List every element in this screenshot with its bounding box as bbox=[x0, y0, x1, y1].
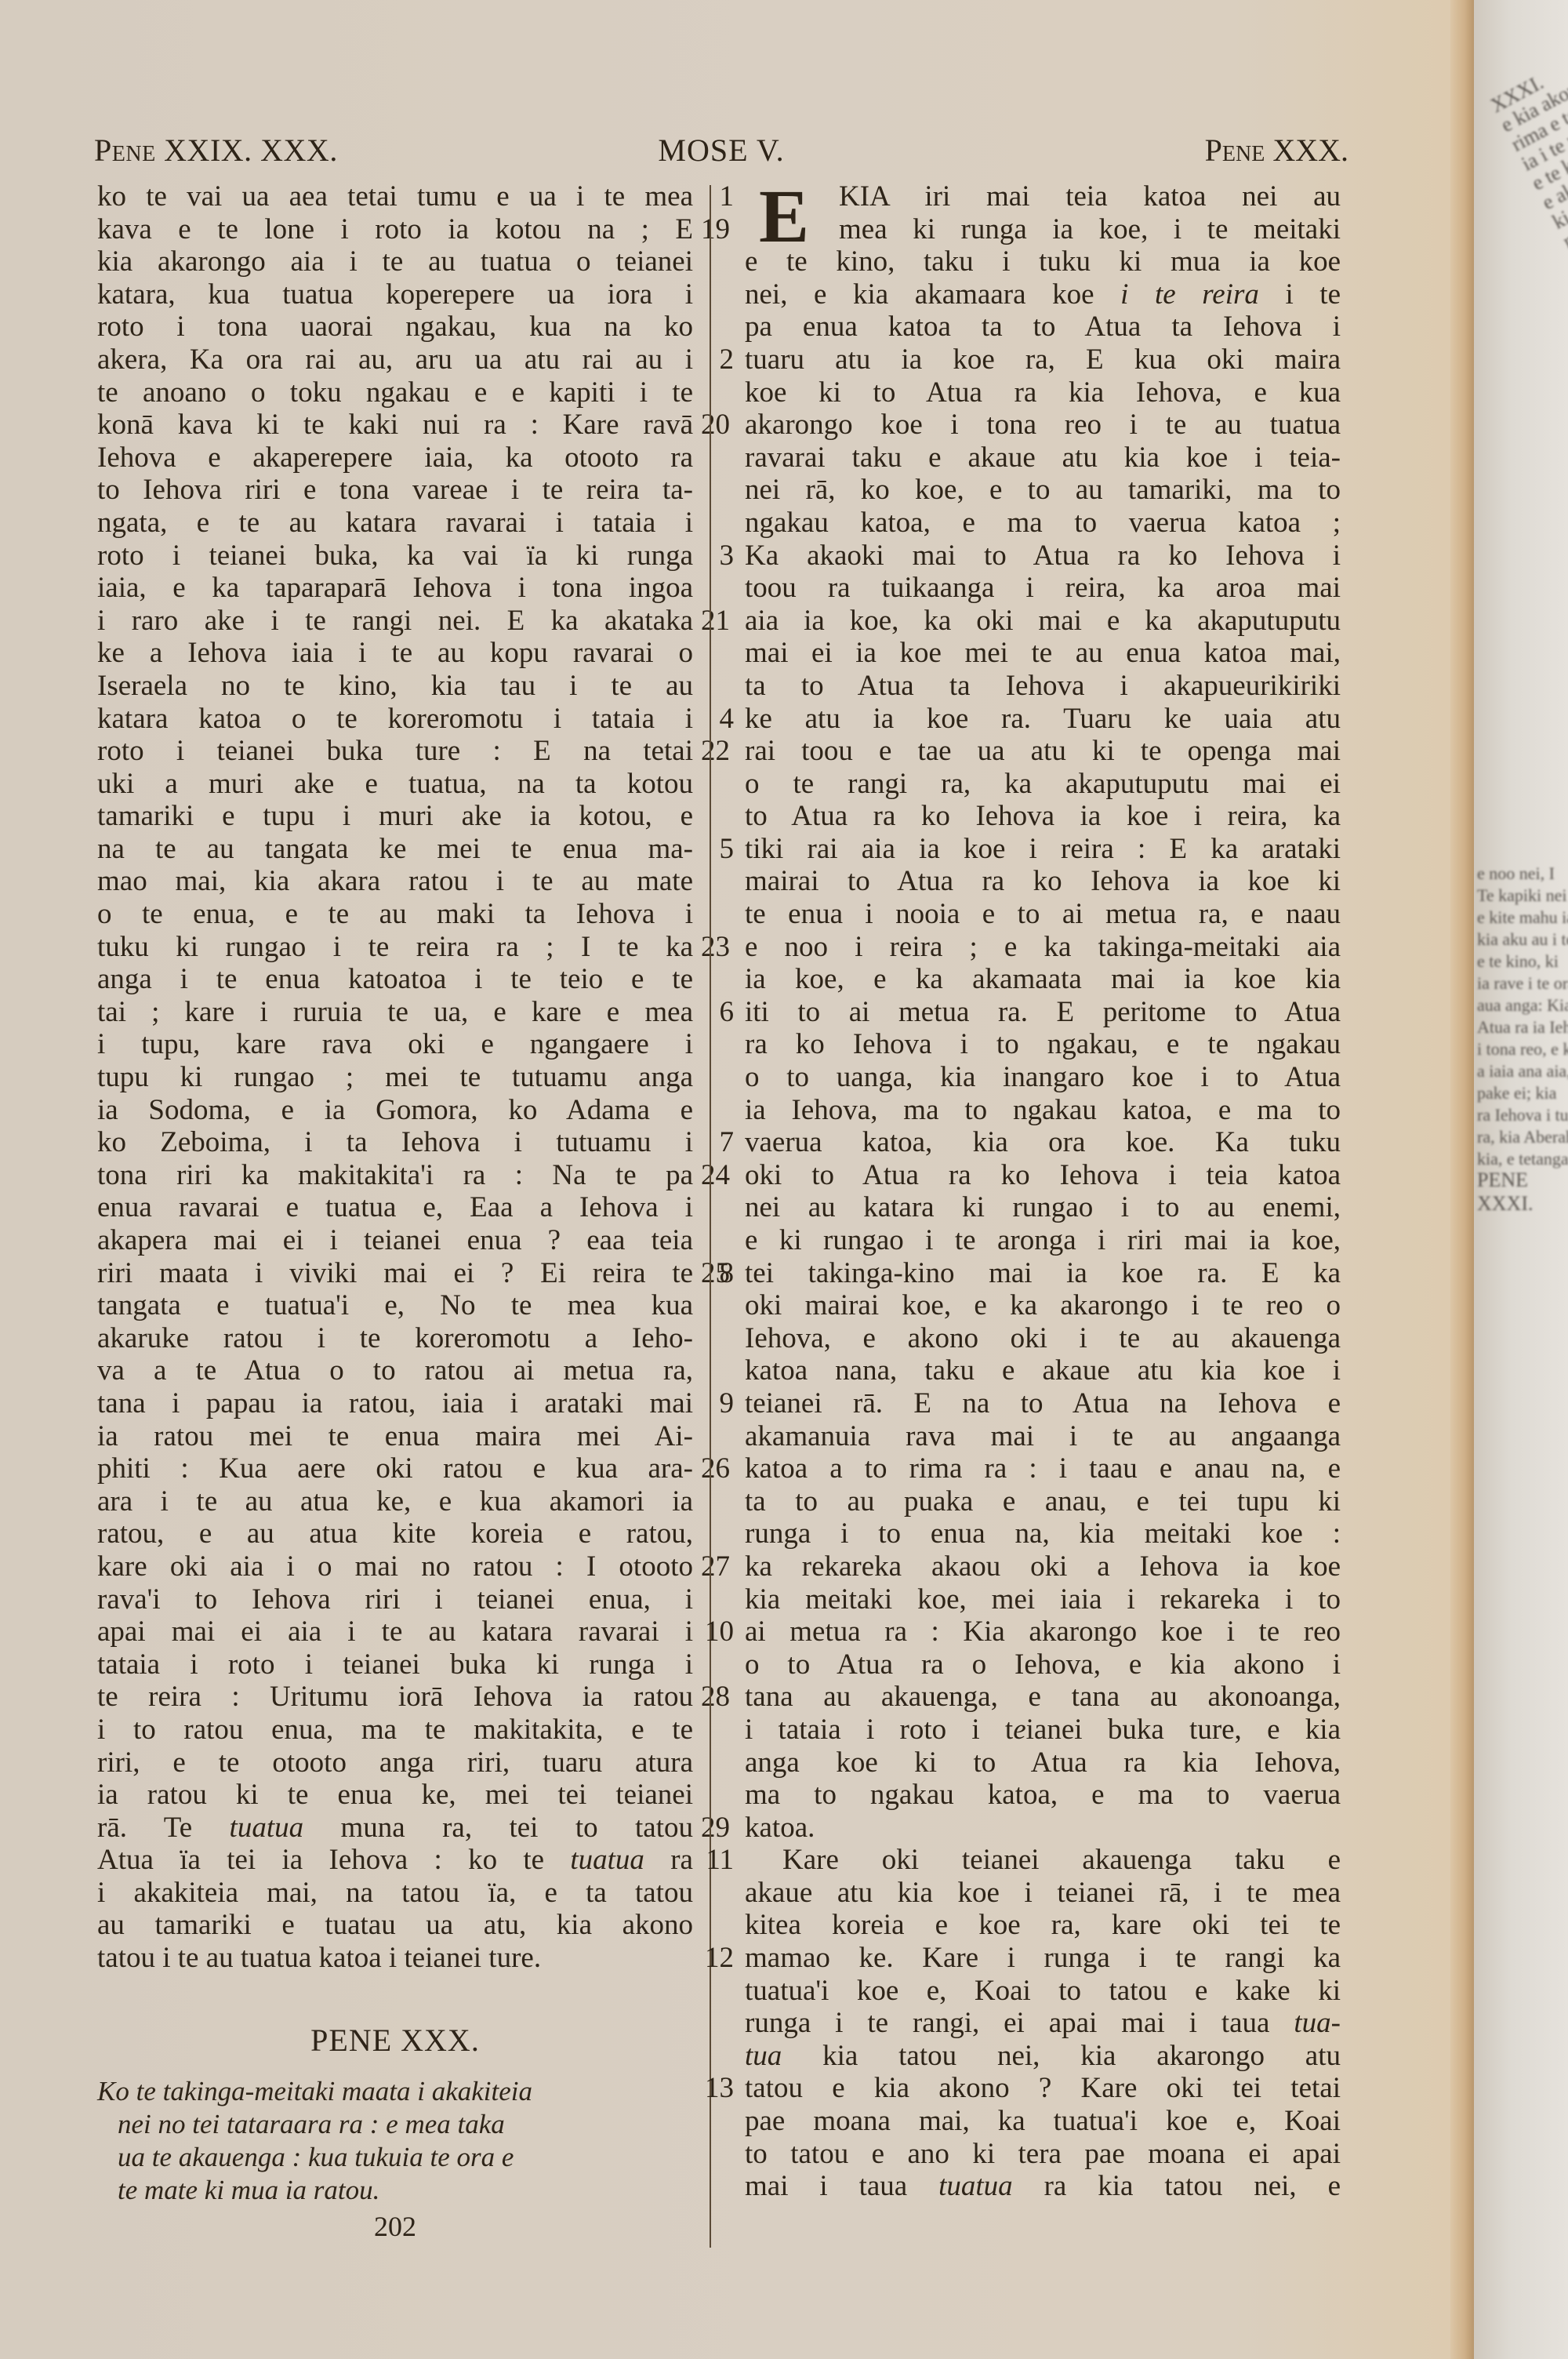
line-text: e noo i reira ; e ka takinga-meitaki aia bbox=[745, 931, 1341, 963]
text-line: tana au akauenga, e tana au akonoanga, bbox=[745, 1681, 1341, 1714]
text-line: runga i te rangi, ei apai mai i taua tua… bbox=[745, 2007, 1341, 2040]
line-text: ke a Iehova iaia i te au kopu ravarai o bbox=[97, 637, 693, 669]
line-text: akera, Ka ora rai au, aru ua atu rai au … bbox=[97, 343, 693, 376]
text-line: riri maata i viviki mai ei ? Ei reira te… bbox=[97, 1257, 693, 1290]
verse-number: 7 bbox=[690, 1126, 734, 1159]
text-line: KIA iri mai teia katoa nei au1 bbox=[745, 180, 1341, 213]
line-text: ia ratou ki te enua ke, mei tei teianei bbox=[97, 1779, 693, 1811]
text-line: Iehova e akaperepere iaia, ka otooto ra bbox=[97, 442, 693, 474]
line-text: tangata e tuatua'i e, No te mea kua bbox=[97, 1289, 693, 1321]
line-text: anga i te enua katoatoa i te teio e te bbox=[97, 963, 693, 995]
line-text: nei au katara ki rungao i to au enemi, bbox=[745, 1191, 1341, 1223]
text-line: teianei rā. E na to Atua na Iehova e9 bbox=[745, 1387, 1341, 1420]
line-text: va a te Atua o to ratou ai metua ra, bbox=[97, 1354, 693, 1387]
column-divider bbox=[710, 185, 711, 2248]
text-line: Atua ïa tei ia Iehova : ko te tuatua ra bbox=[97, 1844, 693, 1877]
line-text: ratou, e au atua kite koreia e ratou, bbox=[97, 1518, 693, 1550]
line-text: mea ki runga ia koe, i te meitaki bbox=[839, 213, 1341, 245]
line-text: apai mai ei aia i te au katara ravarai i bbox=[97, 1616, 693, 1648]
text-line: ke a Iehova iaia i te au kopu ravarai o bbox=[97, 637, 693, 670]
text-line: tataia i roto i teianei buka ki runga i bbox=[97, 1648, 693, 1681]
line-text: akapera mai ei i teianei enua ? eaa teia bbox=[97, 1224, 693, 1256]
left-text-column: ko te vai ua aea tetai tumu e ua i te me… bbox=[97, 180, 693, 1975]
line-text: katoa a to rima ra : i taau e anau na, e bbox=[745, 1452, 1341, 1485]
verse-number: 20 bbox=[701, 409, 748, 442]
verse-number: 10 bbox=[690, 1616, 734, 1648]
text-line: iti to ai metua ra. E peritome to Atua6 bbox=[745, 996, 1341, 1029]
verse-number: 19 bbox=[701, 213, 748, 246]
text-line: akaruke ratou i te koreromotu a Ieho- bbox=[97, 1322, 693, 1355]
line-text: pae moana mai, ka tuatua'i koe e, Koai bbox=[745, 2105, 1341, 2137]
verse-number: 9 bbox=[690, 1387, 734, 1420]
line-text: ka rekareka akaou oki a Iehova ia koe bbox=[745, 1550, 1341, 1583]
text-line: i tataia i roto i teianei buka ture, e k… bbox=[745, 1714, 1341, 1747]
line-text: katoa nana, taku e akaue atu kia koe i bbox=[745, 1354, 1341, 1387]
line-text: ia koe, e ka akamaata mai ia koe kia bbox=[745, 963, 1341, 995]
line-text: o to Atua ra o Iehova, e kia akono i bbox=[745, 1648, 1341, 1681]
text-line: tiki rai aia ia koe i reira : E ka arata… bbox=[745, 833, 1341, 866]
text-line: o to Atua ra o Iehova, e kia akono i bbox=[745, 1648, 1341, 1681]
line-text: toou ra tuikaanga i reira, ka aroa mai bbox=[745, 572, 1341, 604]
text-line: mea ki runga ia koe, i te meitaki bbox=[745, 213, 1341, 246]
verse-number: 21 bbox=[701, 605, 748, 638]
text-line: rava'i to Iehova riri i teianei enua, i bbox=[97, 1583, 693, 1616]
text-line: tangata e tuatua'i e, No te mea kua bbox=[97, 1289, 693, 1322]
line-text: rava'i to Iehova riri i teianei enua, i bbox=[97, 1583, 693, 1616]
text-line: akapera mai ei i teianei enua ? eaa teia bbox=[97, 1224, 693, 1257]
line-text: rai toou e tae ua atu ki te openga mai bbox=[745, 735, 1341, 767]
text-line: mai ei ia koe mei te au enua katoa mai, bbox=[745, 637, 1341, 670]
line-text: ia Iehova, ma to ngakau katoa, e ma to bbox=[745, 1094, 1341, 1126]
text-line: ia koe, e ka akamaata mai ia koe kia bbox=[745, 963, 1341, 996]
line-text: ra ko Iehova i to ngakau, e te ngakau bbox=[745, 1028, 1341, 1060]
text-line: e te kino, taku i tuku ki mua ia koe bbox=[745, 245, 1341, 278]
line-text: koe ki to Atua ra kia Iehova, e kua bbox=[745, 376, 1341, 409]
text-line: anga koe ki to Atua ra kia Iehova, bbox=[745, 1747, 1341, 1779]
text-line: o to uanga, kia inangaro koe i to Atua bbox=[745, 1061, 1341, 1094]
line-text: i akakiteia mai, na tatou ïa, e ta tatou bbox=[97, 1877, 693, 1909]
text-line: akera, Ka ora rai au, aru ua atu rai au … bbox=[97, 343, 693, 376]
line-text: vaerua katoa, kia ora koe. Ka tuku bbox=[745, 1126, 1341, 1158]
text-line: tatou i te au tuatua katoa i teianei tur… bbox=[97, 1942, 693, 1975]
text-line: tua kia tatou nei, kia akarongo atu bbox=[745, 2040, 1341, 2073]
line-text: i to ratou enua, ma te makitakita, e te bbox=[97, 1714, 693, 1746]
verse-number: 13 bbox=[690, 2072, 734, 2105]
line-text: te enua i nooia e to ai metua ra, e naau bbox=[745, 898, 1341, 930]
text-line: mao mai, kia akara ratou i te au mate bbox=[97, 865, 693, 898]
line-text: o te rangi ra, ka akaputuputu mai ei bbox=[745, 768, 1341, 800]
italic-word: tua- bbox=[1294, 2007, 1341, 2039]
line-text: tei takinga-kino mai ia koe ra. E ka bbox=[745, 1257, 1341, 1289]
verse-number: 11 bbox=[690, 1844, 734, 1877]
text-line: iaia, e ka taparaparā Iehova i tona ingo… bbox=[97, 572, 693, 605]
line-text: akaue atu kia koe i teianei rā, i te mea bbox=[745, 1877, 1341, 1909]
line-text: kare oki aia i o mai no ratou : I otooto bbox=[97, 1550, 693, 1583]
text-line: mairai to Atua ra ko Iehova ia koe ki bbox=[745, 865, 1341, 898]
text-line: i akakiteia mai, na tatou ïa, e ta tatou bbox=[97, 1877, 693, 1910]
line-text: iti to ai metua ra. E peritome to Atua bbox=[745, 996, 1341, 1028]
line-text: nei, e kia akamaara koe i te reira i te bbox=[745, 278, 1341, 311]
line-text: roto i tona uaorai ngakau, kua na ko bbox=[97, 311, 693, 343]
line-text: tua kia tatou nei, kia akarongo atu bbox=[745, 2040, 1341, 2072]
page-number: 202 bbox=[97, 2210, 693, 2243]
text-line: tamariki e tupu i muri ake ia kotou, e bbox=[97, 800, 693, 833]
text-line: katara, kua tuatua koperepere ua iora i bbox=[97, 278, 693, 311]
line-text: runga i to enua na, kia meitaki koe : bbox=[745, 1518, 1341, 1550]
line-text: akamanuia rava mai i te au angaanga bbox=[745, 1420, 1341, 1452]
text-line: i tupu, kare rava oki e ngangaere i bbox=[97, 1028, 693, 1061]
verse-number: 27 bbox=[701, 1550, 748, 1583]
text-line: koe ki to Atua ra kia Iehova, e kua bbox=[745, 376, 1341, 409]
italic-word: tuatua bbox=[570, 1844, 644, 1876]
line-text: pa enua katoa ta to Atua ta Iehova i bbox=[745, 311, 1341, 343]
line-text: riri, e te otooto anga riri, tuaru atura bbox=[97, 1747, 693, 1779]
text-line: roto i teianei buka, ka vai ïa ki runga bbox=[97, 540, 693, 572]
line-text: rā. Te tuatua muna ra, tei to tatou bbox=[97, 1812, 693, 1844]
text-line: tuaru atu ia koe ra, E kua oki maira2 bbox=[745, 343, 1341, 376]
text-line: va a te Atua o to ratou ai metua ra, bbox=[97, 1354, 693, 1387]
text-line: phiti : Kua aere oki ratou e kua ara-26 bbox=[97, 1452, 693, 1485]
line-text: o te enua, e te au maki ta Iehova i bbox=[97, 898, 693, 930]
text-line: ra ko Iehova i to ngakau, e te ngakau bbox=[745, 1028, 1341, 1061]
summary-line: te mate ki mua ia ratou. bbox=[97, 2174, 646, 2207]
line-text: tona riri ka makitakita'i ra : Na te pa bbox=[97, 1159, 693, 1191]
text-line: rai toou e tae ua atu ki te openga mai bbox=[745, 735, 1341, 768]
text-line: Kare oki teianei akauenga taku e11 bbox=[745, 1844, 1341, 1877]
verse-number: 12 bbox=[690, 1942, 734, 1975]
line-text: to tatou e ano ki tera pae moana ei apai bbox=[745, 2138, 1341, 2170]
text-line: runga i to enua na, kia meitaki koe : bbox=[745, 1518, 1341, 1550]
book-gutter bbox=[1450, 0, 1474, 2359]
summary-line: Ko te takinga-meitaki maata i akakiteia bbox=[97, 2075, 646, 2108]
line-text: kitea koreia e koe ra, kare oki tei te bbox=[745, 1909, 1341, 1941]
adjacent-page-text-lower: e noo nei, ITe kapiki neie kite mahu iak… bbox=[1477, 863, 1568, 1170]
line-text: e te kino, taku i tuku ki mua ia koe bbox=[745, 245, 1341, 278]
line-text: e ki rungao i te aronga i riri mai ia ko… bbox=[745, 1224, 1341, 1256]
line-text: te anoano o toku ngakau e e kapiti i te bbox=[97, 376, 693, 409]
text-line: ngata, e te au katara ravarai i tataia i bbox=[97, 507, 693, 540]
text-line: katoa a to rima ra : i taau e anau na, e bbox=[745, 1452, 1341, 1485]
line-text: iaia, e ka taparaparā Iehova i tona ingo… bbox=[97, 572, 693, 604]
text-line: tai ; kare i ruruia te ua, e kare e mea bbox=[97, 996, 693, 1029]
text-line: oki to Atua ra ko Iehova i teia katoa bbox=[745, 1159, 1341, 1192]
verse-number: 5 bbox=[690, 833, 734, 866]
line-text: katara katoa o te koreromotu i tataia i bbox=[97, 703, 693, 735]
text-line: katara katoa o te koreromotu i tataia i bbox=[97, 703, 693, 736]
text-line: kitea koreia e koe ra, kare oki tei te bbox=[745, 1909, 1341, 1942]
text-line: tei takinga-kino mai ia koe ra. E ka8 bbox=[745, 1257, 1341, 1290]
line-text: ai metua ra : Kia akarongo koe i te reo bbox=[745, 1616, 1341, 1648]
line-text: Ka akaoki mai to Atua ra ko Iehova i bbox=[745, 540, 1341, 572]
line-text: to Atua ra ko Iehova ia koe i reira, ka bbox=[745, 800, 1341, 832]
line-text: oki to Atua ra ko Iehova i teia katoa bbox=[745, 1159, 1341, 1191]
summary-line: nei no tei tataraara ra : e mea taka bbox=[97, 2108, 646, 2141]
line-text: runga i te rangi, ei apai mai i taua tua… bbox=[745, 2007, 1341, 2039]
line-text: kava e te lone i roto ia kotou na ; E bbox=[97, 213, 693, 245]
text-line: nei rā, ko koe, e to au tamariki, ma to bbox=[745, 474, 1341, 507]
text-line: Iseraela no te kino, kia tau i te au bbox=[97, 670, 693, 703]
line-text: Iehova, e akono oki i te au akauenga bbox=[745, 1322, 1341, 1354]
text-line: ia Iehova, ma to ngakau katoa, e ma to bbox=[745, 1094, 1341, 1127]
line-text: phiti : Kua aere oki ratou e kua ara- bbox=[97, 1452, 693, 1485]
text-line: anga i te enua katoatoa i te teio e te bbox=[97, 963, 693, 996]
text-line: mai i taua tuatua ra kia tatou nei, e bbox=[745, 2170, 1341, 2203]
text-line: kia meitaki koe, mei iaia i rekareka i t… bbox=[745, 1583, 1341, 1616]
text-line: ara i te au atua ke, e kua akamori ia bbox=[97, 1485, 693, 1518]
line-text: ngata, e te au katara ravarai i tataia i bbox=[97, 507, 693, 539]
text-line: Ka akaoki mai to Atua ra ko Iehova i3 bbox=[745, 540, 1341, 572]
line-text: kia meitaki koe, mei iaia i rekareka i t… bbox=[745, 1583, 1341, 1616]
text-line: tuku ki rungao i te reira ra ; I te ka23 bbox=[97, 931, 693, 964]
line-text: tai ; kare i ruruia te ua, e kare e mea bbox=[97, 996, 693, 1028]
text-line: tupu ki rungao ; mei te tutuamu anga bbox=[97, 1061, 693, 1094]
text-line: akamanuia rava mai i te au angaanga bbox=[745, 1420, 1341, 1453]
italic-word: tuatua bbox=[938, 2170, 1013, 2202]
text-line: ngakau katoa, e ma to vaerua katoa ; bbox=[745, 507, 1341, 540]
running-head: Pene XXIX. XXX. MOSE V. Pene XXX. bbox=[94, 132, 1348, 171]
text-line: oki mairai koe, e ka akarongo i te reo o bbox=[745, 1289, 1341, 1322]
text-line: te reira : Uritumu iorā Iehova ia ratou2… bbox=[97, 1681, 693, 1714]
text-line: to Atua ra ko Iehova ia koe i reira, ka bbox=[745, 800, 1341, 833]
running-head-right: Pene XXX. bbox=[1205, 132, 1348, 169]
text-line: akarongo koe i tona reo i te au tuatua bbox=[745, 409, 1341, 442]
text-line: ia ratou ki te enua ke, mei tei teianei bbox=[97, 1779, 693, 1812]
line-text: te reira : Uritumu iorā Iehova ia ratou bbox=[97, 1681, 693, 1713]
line-text: riri maata i viviki mai ei ? Ei reira te bbox=[97, 1257, 693, 1289]
text-line: e noo i reira ; e ka takinga-meitaki aia bbox=[745, 931, 1341, 964]
text-line: roto i teianei buka ture : E na tetai22 bbox=[97, 735, 693, 768]
line-text: ke atu ia koe ra. Tuaru ke uaia atu bbox=[745, 703, 1341, 735]
line-text: roto i teianei buka ture : E na tetai bbox=[97, 735, 693, 767]
line-text: i raro ake i te rangi nei. E ka akataka bbox=[97, 605, 693, 637]
italic-word: tua bbox=[745, 2040, 782, 2072]
text-line: kava e te lone i roto ia kotou na ; E19 bbox=[97, 213, 693, 246]
text-line: nei, e kia akamaara koe i te reira i te bbox=[745, 278, 1341, 311]
text-line: i to ratou enua, ma te makitakita, e te bbox=[97, 1714, 693, 1747]
adjacent-page-edge: XXXI. e kia akono narima e tonaia i te r… bbox=[1474, 0, 1568, 2359]
text-line: te anoano o toku ngakau e e kapiti i te bbox=[97, 376, 693, 409]
text-line: kia akarongo aia i te au tuatua o teiane… bbox=[97, 245, 693, 278]
text-line: tana i papau ia ratou, iaia i arataki ma… bbox=[97, 1387, 693, 1420]
line-text: mairai to Atua ra ko Iehova ia koe ki bbox=[745, 865, 1341, 897]
line-text: tatou e kia akono ? Kare oki tei tetai bbox=[745, 2072, 1341, 2104]
line-text: ko te vai ua aea tetai tumu e ua i te me… bbox=[97, 180, 693, 213]
text-line: vaerua katoa, kia ora koe. Ka tuku7 bbox=[745, 1126, 1341, 1159]
line-text: tuku ki rungao i te reira ra ; I te ka bbox=[97, 931, 693, 963]
summary-line: ua te akauenga : kua tukuia te ora e bbox=[97, 2141, 646, 2174]
text-line: ta to Atua ta Iehova i akapueurikiriki bbox=[745, 670, 1341, 703]
text-line: riri, e te otooto anga riri, tuaru atura bbox=[97, 1747, 693, 1779]
line-text: tataia i roto i teianei buka ki runga i bbox=[97, 1648, 693, 1681]
line-text: tatou i te au tuatua katoa i teianei tur… bbox=[97, 1942, 541, 1974]
line-text: mai i taua tuatua ra kia tatou nei, e bbox=[745, 2170, 1341, 2202]
text-line: kare oki aia i o mai no ratou : I otooto… bbox=[97, 1550, 693, 1583]
line-text: ia ratou mei te enua maira mei Ai- bbox=[97, 1420, 693, 1452]
line-text: i tupu, kare rava oki e ngangaere i bbox=[97, 1028, 693, 1060]
text-line: nei au katara ki rungao i to au enemi, bbox=[745, 1191, 1341, 1224]
line-text: oki mairai koe, e ka akarongo i te reo o bbox=[745, 1289, 1341, 1321]
text-line: tona riri ka makitakita'i ra : Na te pa2… bbox=[97, 1159, 693, 1192]
text-line: rā. Te tuatua muna ra, tei to tatou29 bbox=[97, 1812, 693, 1845]
text-line: roto i tona uaorai ngakau, kua na ko bbox=[97, 311, 693, 343]
line-text: Kare oki teianei akauenga taku e bbox=[782, 1844, 1341, 1876]
text-line: Iehova, e akono oki i te au akauenga bbox=[745, 1322, 1341, 1355]
verse-number: 23 bbox=[701, 931, 748, 964]
line-text: ia Sodoma, e ia Gomora, ko Adama e bbox=[97, 1094, 693, 1126]
line-text: teianei rā. E na to Atua na Iehova e bbox=[745, 1387, 1341, 1419]
verse-number: 3 bbox=[690, 540, 734, 572]
text-line: uki a muri ake e tuatua, na ta kotou bbox=[97, 768, 693, 801]
verse-number: 4 bbox=[690, 703, 734, 736]
line-text: tiki rai aia ia koe i reira : E ka arata… bbox=[745, 833, 1341, 865]
line-text: konā kava ki te kaki nui ra : Kare ravā bbox=[97, 409, 693, 441]
line-text: mai ei ia koe mei te au enua katoa mai, bbox=[745, 637, 1341, 669]
text-line: pa enua katoa ta to Atua ta Iehova i bbox=[745, 311, 1341, 343]
italic-word: i te reira bbox=[1120, 278, 1259, 311]
verse-number: 1 bbox=[690, 180, 734, 213]
text-line: ia Sodoma, e ia Gomora, ko Adama e bbox=[97, 1094, 693, 1127]
line-text: au tamariki e tuatau ua atu, kia akono bbox=[97, 1909, 693, 1941]
text-line: i raro ake i te rangi nei. E ka akataka2… bbox=[97, 605, 693, 638]
line-text: tuatua'i koe e, Koai to tatou e kake ki bbox=[745, 1975, 1341, 2007]
text-line: aia ia koe, ka oki mai e ka akaputuputu bbox=[745, 605, 1341, 638]
line-text: tuaru atu ia koe ra, E kua oki maira bbox=[745, 343, 1341, 376]
text-line: na te au tangata ke mei te enua ma- bbox=[97, 833, 693, 866]
verse-number: 2 bbox=[690, 343, 734, 376]
line-text: aia ia koe, ka oki mai e ka akaputuputu bbox=[745, 605, 1341, 637]
line-text: nei rā, ko koe, e to au tamariki, ma to bbox=[745, 474, 1341, 506]
running-head-book-title: MOSE V. bbox=[94, 132, 1348, 169]
line-text: kia akarongo aia i te au tuatua o teiane… bbox=[97, 245, 693, 278]
line-text: Iehova e akaperepere iaia, ka otooto ra bbox=[97, 442, 693, 474]
text-line: ratou, e au atua kite koreia e ratou, bbox=[97, 1518, 693, 1550]
line-text: ta to Atua ta Iehova i akapueurikiriki bbox=[745, 670, 1341, 702]
right-text-column: E KIA iri mai teia katoa nei au1mea ki r… bbox=[745, 180, 1341, 2203]
text-line: ta to au puaka e anau, e tei tupu ki bbox=[745, 1485, 1341, 1518]
chapter-summary: Ko te takinga-meitaki maata i akakiteian… bbox=[97, 2075, 646, 2207]
text-line: tuatua'i koe e, Koai to tatou e kake ki bbox=[745, 1975, 1341, 2008]
line-text: ta to au puaka e anau, e tei tupu ki bbox=[745, 1485, 1341, 1518]
text-line: to tatou e ano ki tera pae moana ei apai bbox=[745, 2138, 1341, 2171]
text-line: apai mai ei aia i te au katara ravarai i bbox=[97, 1616, 693, 1648]
chapter-heading: PENE XXX. bbox=[97, 2022, 693, 2059]
text-line: ko te vai ua aea tetai tumu e ua i te me… bbox=[97, 180, 693, 213]
italic-word: tuatua bbox=[230, 1812, 304, 1844]
line-text: akarongo koe i tona reo i te au tuatua bbox=[745, 409, 1341, 441]
text-line: o te enua, e te au maki ta Iehova i bbox=[97, 898, 693, 931]
line-text: katoa. bbox=[745, 1812, 815, 1844]
text-line: ia ratou mei te enua maira mei Ai- bbox=[97, 1420, 693, 1453]
text-line: enua ravarai e tuatua e, Eaa a Iehova i bbox=[97, 1191, 693, 1224]
line-text: tamariki e tupu i muri ake ia kotou, e bbox=[97, 800, 693, 832]
line-text: tana i papau ia ratou, iaia i arataki ma… bbox=[97, 1387, 693, 1419]
line-text: na te au tangata ke mei te enua ma- bbox=[97, 833, 693, 865]
line-text: ravarai taku e akaue atu kia koe i teia- bbox=[745, 442, 1341, 474]
text-line: konā kava ki te kaki nui ra : Kare ravā2… bbox=[97, 409, 693, 442]
text-line: o te rangi ra, ka akaputuputu mai ei bbox=[745, 768, 1341, 801]
verse-number: 26 bbox=[701, 1452, 748, 1485]
italic-word: e bbox=[1013, 1714, 1025, 1746]
line-text: i tataia i roto i teianei buka ture, e k… bbox=[745, 1714, 1341, 1746]
text-line: au tamariki e tuatau ua atu, kia akono bbox=[97, 1909, 693, 1942]
text-line: katoa. bbox=[745, 1812, 1341, 1845]
text-line: ko Zeboima, i ta Iehova i tutuamu i bbox=[97, 1126, 693, 1159]
verse-number: 24 bbox=[701, 1159, 748, 1192]
text-line: ai metua ra : Kia akarongo koe i te reo1… bbox=[745, 1616, 1341, 1648]
verse-number: 28 bbox=[701, 1681, 748, 1714]
line-text: ko Zeboima, i ta Iehova i tutuamu i bbox=[97, 1126, 693, 1158]
line-text: ngakau katoa, e ma to vaerua katoa ; bbox=[745, 507, 1341, 539]
line-text: tana au akauenga, e tana au akonoanga, bbox=[745, 1681, 1341, 1713]
book-page-202: Pene XXIX. XXX. MOSE V. Pene XXX. ko te … bbox=[0, 0, 1450, 2359]
line-text: ara i te au atua ke, e kua akamori ia bbox=[97, 1485, 693, 1518]
text-line: e ki rungao i te aronga i riri mai ia ko… bbox=[745, 1224, 1341, 1257]
text-line: toou ra tuikaanga i reira, ka aroa mai bbox=[745, 572, 1341, 605]
line-text: Atua ïa tei ia Iehova : ko te tuatua ra bbox=[97, 1844, 693, 1876]
text-line: ke atu ia koe ra. Tuaru ke uaia atu4 bbox=[745, 703, 1341, 736]
line-text: akaruke ratou i te koreromotu a Ieho- bbox=[97, 1322, 693, 1354]
text-line: to Iehova riri e tona vareae i te reira … bbox=[97, 474, 693, 507]
line-text: mao mai, kia akara ratou i te au mate bbox=[97, 865, 693, 897]
text-line: te enua i nooia e to ai metua ra, e naau bbox=[745, 898, 1341, 931]
text-line: ma to ngakau katoa, e ma to vaerua bbox=[745, 1779, 1341, 1812]
line-text: Iseraela no te kino, kia tau i te au bbox=[97, 670, 693, 702]
line-text: KIA iri mai teia katoa nei au bbox=[839, 180, 1341, 213]
line-text: to Iehova riri e tona vareae i te reira … bbox=[97, 474, 693, 506]
line-text: anga koe ki to Atua ra kia Iehova, bbox=[745, 1747, 1341, 1779]
text-line: ka rekareka akaou oki a Iehova ia koe bbox=[745, 1550, 1341, 1583]
text-line: mamao ke. Kare i runga i te rangi ka12 bbox=[745, 1942, 1341, 1975]
text-line: tatou e kia akono ? Kare oki tei tetai13 bbox=[745, 2072, 1341, 2105]
verse-number: 6 bbox=[690, 996, 734, 1029]
verse-number: 8 bbox=[690, 1257, 734, 1290]
line-text: katara, kua tuatua koperepere ua iora i bbox=[97, 278, 693, 311]
verse-number: 22 bbox=[701, 735, 748, 768]
line-text: uki a muri ake e tuatua, na ta kotou bbox=[97, 768, 693, 800]
verse-number: 29 bbox=[701, 1812, 748, 1845]
text-line: pae moana mai, ka tuatua'i koe e, Koai bbox=[745, 2105, 1341, 2138]
line-text: tupu ki rungao ; mei te tutuamu anga bbox=[97, 1061, 693, 1093]
line-text: enua ravarai e tuatua e, Eaa a Iehova i bbox=[97, 1191, 693, 1223]
line-text: mamao ke. Kare i runga i te rangi ka bbox=[745, 1942, 1341, 1974]
line-text: ma to ngakau katoa, e ma to vaerua bbox=[745, 1779, 1341, 1811]
adjacent-chapter-heading: PENE XXXI. bbox=[1477, 1169, 1568, 1216]
adjacent-page-text: XXXI. e kia akono narima e tonaia i te r… bbox=[1487, 24, 1568, 272]
text-line: ravarai taku e akaue atu kia koe i teia- bbox=[745, 442, 1341, 474]
text-line: katoa nana, taku e akaue atu kia koe i bbox=[745, 1354, 1341, 1387]
line-text: roto i teianei buka, ka vai ïa ki runga bbox=[97, 540, 693, 572]
line-text: o to uanga, kia inangaro koe i to Atua bbox=[745, 1061, 1341, 1093]
text-line: akaue atu kia koe i teianei rā, i te mea bbox=[745, 1877, 1341, 1910]
